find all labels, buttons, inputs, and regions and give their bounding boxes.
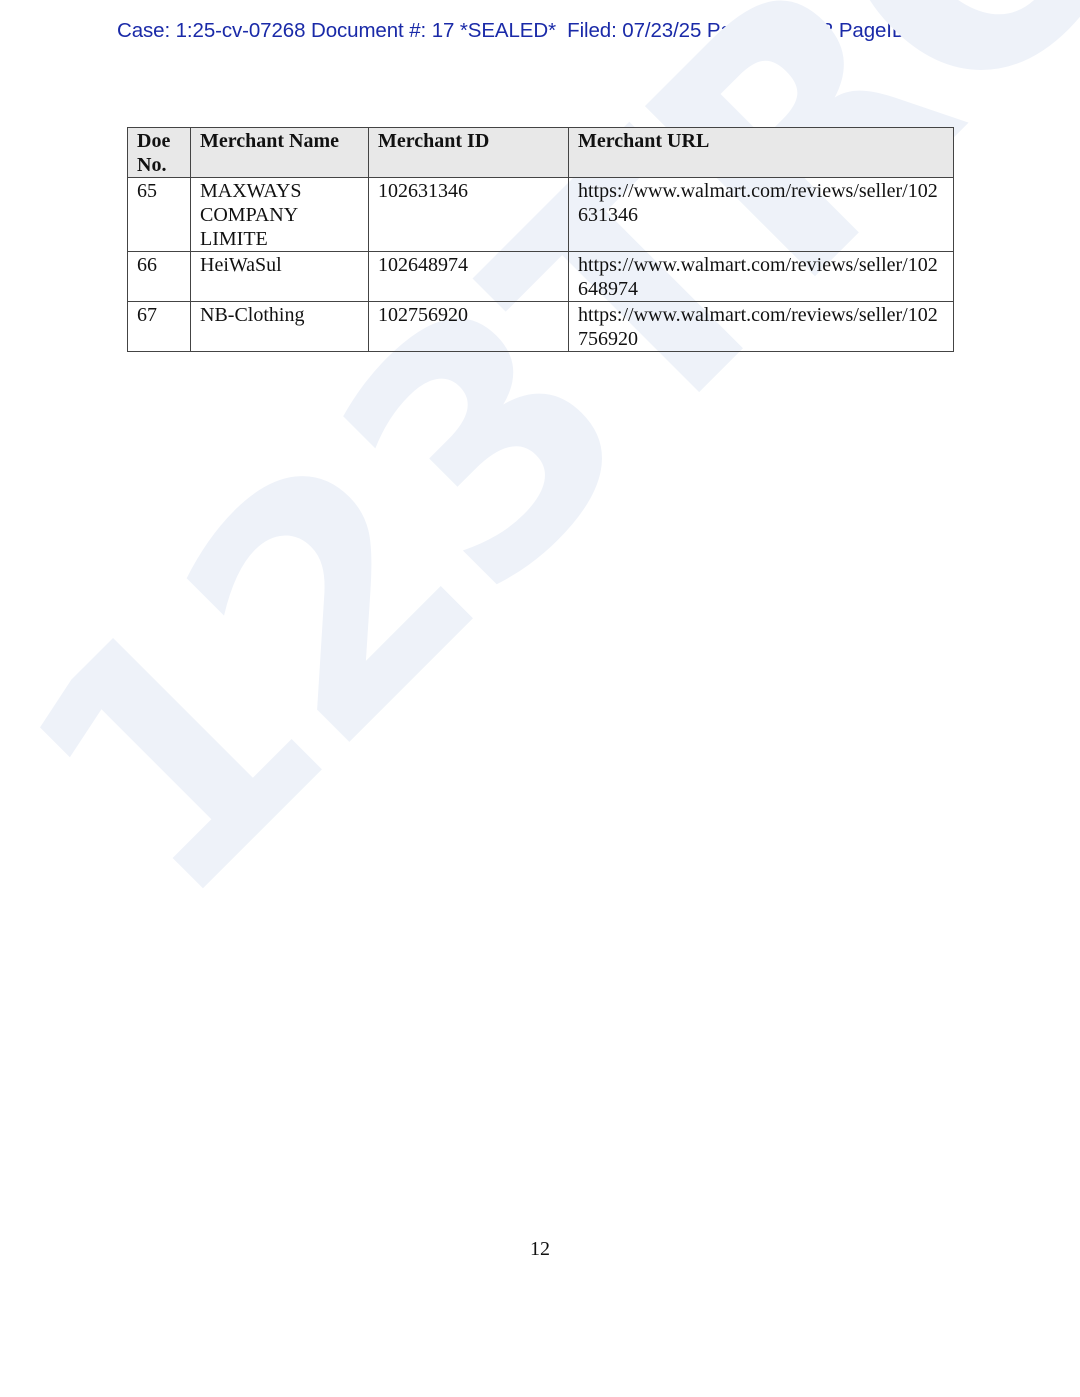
- merchant-name-cell: NB-Clothing: [191, 302, 369, 352]
- merchant-url-cell: https://www.walmart.com/reviews/seller/1…: [569, 178, 954, 252]
- column-header-doe-no: Doe No.: [128, 128, 191, 178]
- merchant-url-cell: https://www.walmart.com/reviews/seller/1…: [569, 302, 954, 352]
- column-header-merchant-name: Merchant Name: [191, 128, 369, 178]
- table-row: 65 MAXWAYS COMPANY LIMITE 102631346 http…: [128, 178, 954, 252]
- merchant-id-cell: 102648974: [369, 252, 569, 302]
- table-row: 66 HeiWaSul 102648974 https://www.walmar…: [128, 252, 954, 302]
- column-header-merchant-id: Merchant ID: [369, 128, 569, 178]
- merchant-name-cell: MAXWAYS COMPANY LIMITE: [191, 178, 369, 252]
- merchant-id-cell: 102756920: [369, 302, 569, 352]
- table-row: 67 NB-Clothing 102756920 https://www.wal…: [128, 302, 954, 352]
- doe-no-cell: 67: [128, 302, 191, 352]
- merchant-url-cell: https://www.walmart.com/reviews/seller/1…: [569, 252, 954, 302]
- merchant-name-cell: HeiWaSul: [191, 252, 369, 302]
- column-header-merchant-url: Merchant URL: [569, 128, 954, 178]
- merchant-id-cell: 102631346: [369, 178, 569, 252]
- page-number: 12: [0, 1238, 1080, 1261]
- doe-no-cell: 66: [128, 252, 191, 302]
- case-filing-header: Case: 1:25-cv-07268 Document #: 17 *SEAL…: [0, 19, 1080, 43]
- doe-no-cell: 65: [128, 178, 191, 252]
- merchant-table: Doe No. Merchant Name Merchant ID Mercha…: [127, 127, 954, 352]
- table-header-row: Doe No. Merchant Name Merchant ID Mercha…: [128, 128, 954, 178]
